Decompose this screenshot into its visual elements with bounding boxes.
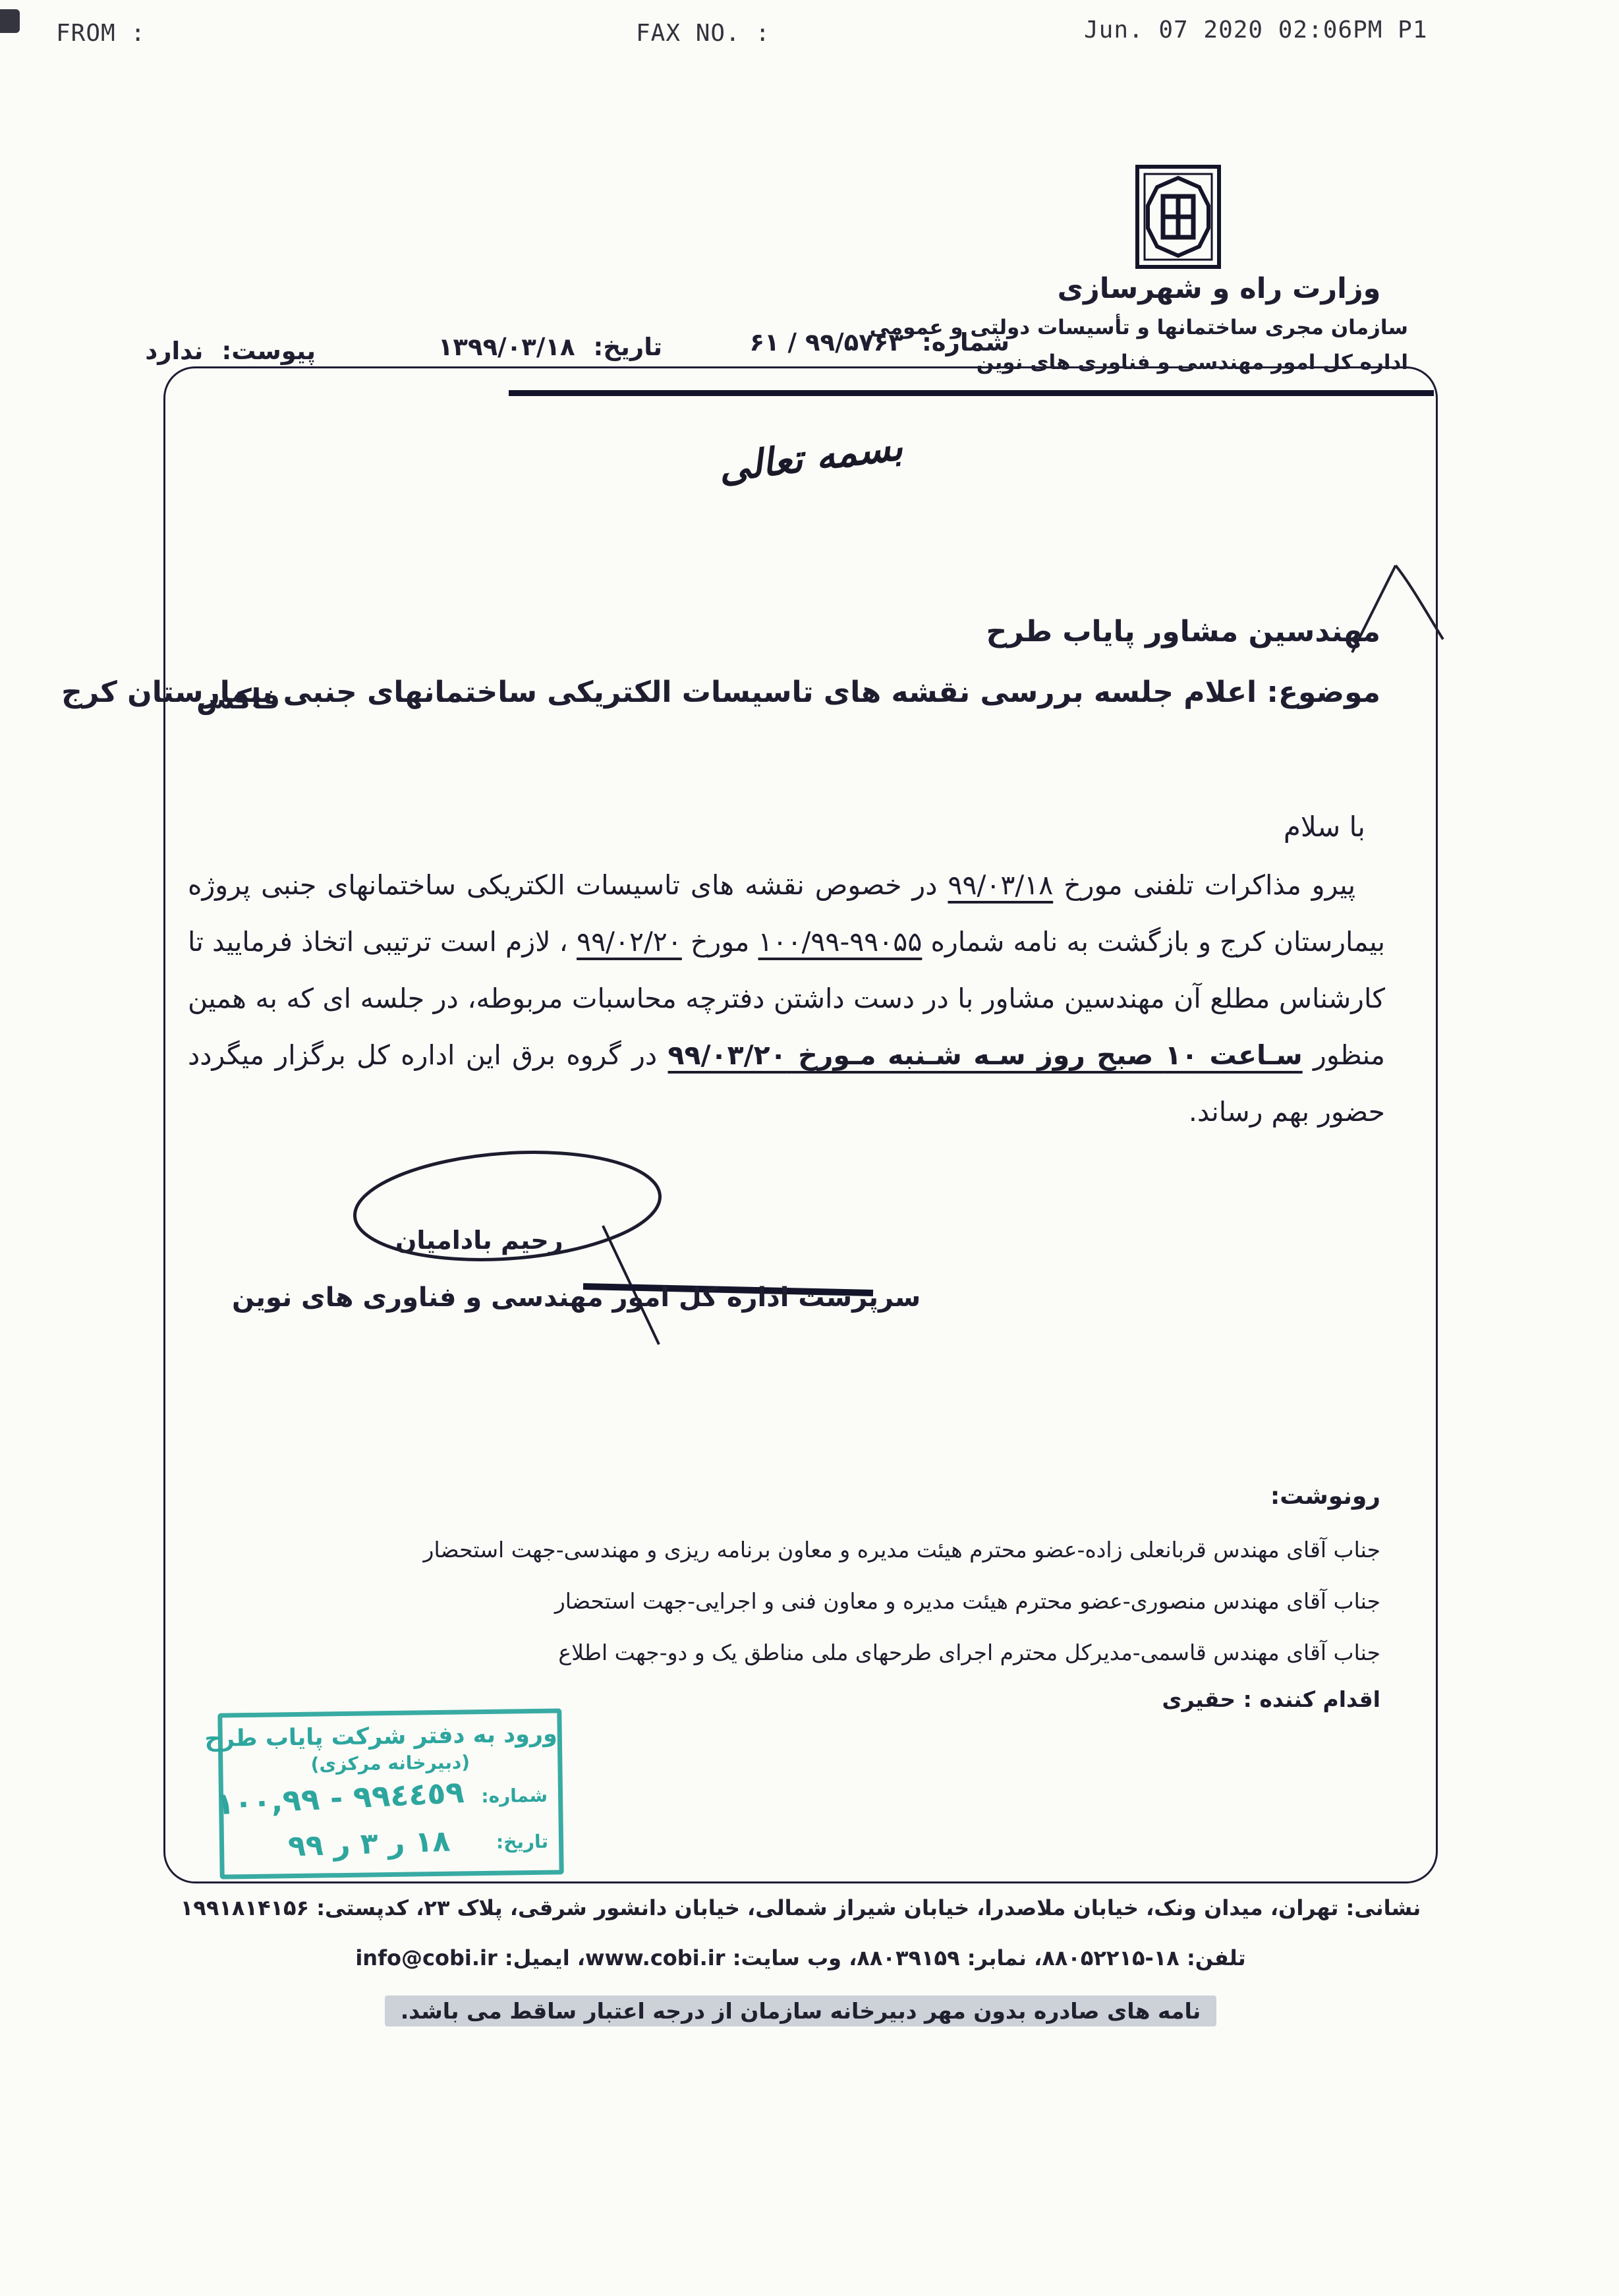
footer-address: نشانی: تهران، میدان ونک، خیابان ملاصدرا،… (165, 1895, 1436, 1920)
letterhead: وزارت راه و شهرسازی سازمان مجری ساختمانه… (1030, 272, 1408, 374)
attachment-value: ندارد (145, 337, 203, 365)
cc-handler: اقدام کننده : حقیری (424, 1686, 1380, 1712)
letter-body-paragraph: پیرو مذاکرات تلفنی مورخ ۹۹/۰۳/۱۸ در خصوص… (188, 857, 1385, 1140)
body-date3: ۹۹/۰۳/۲۰ (668, 1039, 787, 1071)
handwritten-slash-mark (1338, 554, 1450, 666)
fax-note: فاکس (196, 683, 280, 715)
cc-item: جناب آقای مهندس قاسمی-مدیرکل محترم اجرای… (424, 1635, 1380, 1671)
attachment-field: پیوست: ندارد (145, 337, 316, 365)
ministry-emblem-icon (1135, 165, 1221, 269)
signatory-name: رحیم بادامیان (395, 1226, 563, 1255)
stamp-number-label: شماره: (481, 1784, 548, 1806)
body-seg3: مورخ (682, 926, 758, 958)
number-label: شماره: (922, 328, 1009, 357)
body-seg1: پیرو مذاکرات تلفنی مورخ (1053, 869, 1355, 901)
salutation: با سلام (1284, 811, 1365, 843)
footer-validity-note: نامه های صادره بدون مهر دبیرخانه سازمان … (385, 1995, 1217, 2026)
fax-number-label: FAX NO. : (636, 20, 770, 47)
fax-timestamp: Jun. 07 2020 02:06PM P1 (1084, 16, 1428, 43)
organization-name: سازمان مجری ساختمانها و تأسیسات دولتی و … (1030, 316, 1408, 339)
stamp-date-label: تاریخ: (496, 1830, 548, 1852)
body-date2: ۹۹/۰۲/۲۰ (577, 926, 682, 958)
stamp-title: ورود به دفتر شرکت پایاب طرح (223, 1721, 558, 1752)
subject-label: موضوع: (1266, 675, 1380, 709)
signature-scribble (198, 1114, 955, 1391)
attachment-label: پیوست: (221, 337, 316, 365)
number-value: ۹۹/۵۷۶۳ / ۶۱ (750, 328, 903, 357)
scanned-fax-letter: FROM : FAX NO. : Jun. 07 2020 02:06PM P1… (0, 0, 1619, 2296)
date-label: تاریخ: (594, 333, 662, 361)
cc-block: رونوشت: جناب آقای مهندس قربانعلی زاده-عض… (424, 1483, 1380, 1712)
cc-label: رونوشت: (424, 1483, 1380, 1510)
scan-artifact (0, 9, 20, 33)
fax-from-label: FROM : (56, 20, 146, 47)
body-meeting-time: سـاعت ۱۰ صبح روز سـه شـنبه مـورخ (787, 1039, 1303, 1071)
cc-item: جناب آقای مهندس منصوری-عضو محترم هیئت مد… (424, 1584, 1380, 1619)
ministry-name: وزارت راه و شهرسازی (1030, 272, 1408, 305)
body-ref-number: ۱۰۰/۹۹-۹۹۰۵۵ (758, 926, 923, 958)
letter-date-field: تاریخ: ۱۳۹۹/۰۳/۱۸ (438, 333, 662, 361)
letter-number-field: شماره: ۹۹/۵۷۶۳ / ۶۱ (750, 328, 1010, 357)
date-value: ۱۳۹۹/۰۳/۱۸ (438, 333, 575, 361)
recipient-line: مهندسین مشاور پایاب طرح (986, 615, 1381, 648)
received-stamp: ورود به دفتر شرکت پایاب طرح (دبیرخانه مر… (217, 1708, 563, 1879)
stamp-date-handwritten: ۱۸ ر ۳ ر ۹۹ (287, 1824, 451, 1863)
body-date1: ۹۹/۰۳/۱۸ (948, 869, 1053, 901)
footer-contact: تلفن: ۱۸-۸۸۰۵۲۲۱۵، نمابر: ۸۸۰۳۹۱۵۹، وب س… (165, 1945, 1436, 1970)
letterhead-divider (509, 390, 1434, 396)
letterhead-footer: نشانی: تهران، میدان ونک، خیابان ملاصدرا،… (165, 1895, 1436, 2026)
cc-item: جناب آقای مهندس قربانعلی زاده-عضو محترم … (424, 1532, 1380, 1568)
signatory-title: سرپرست اداره کل امور مهندسی و فناوری های… (232, 1282, 921, 1313)
stamp-number-handwritten: ۱۰۰,۹۹ - ۹۹٤٤٥٩ (215, 1774, 465, 1822)
